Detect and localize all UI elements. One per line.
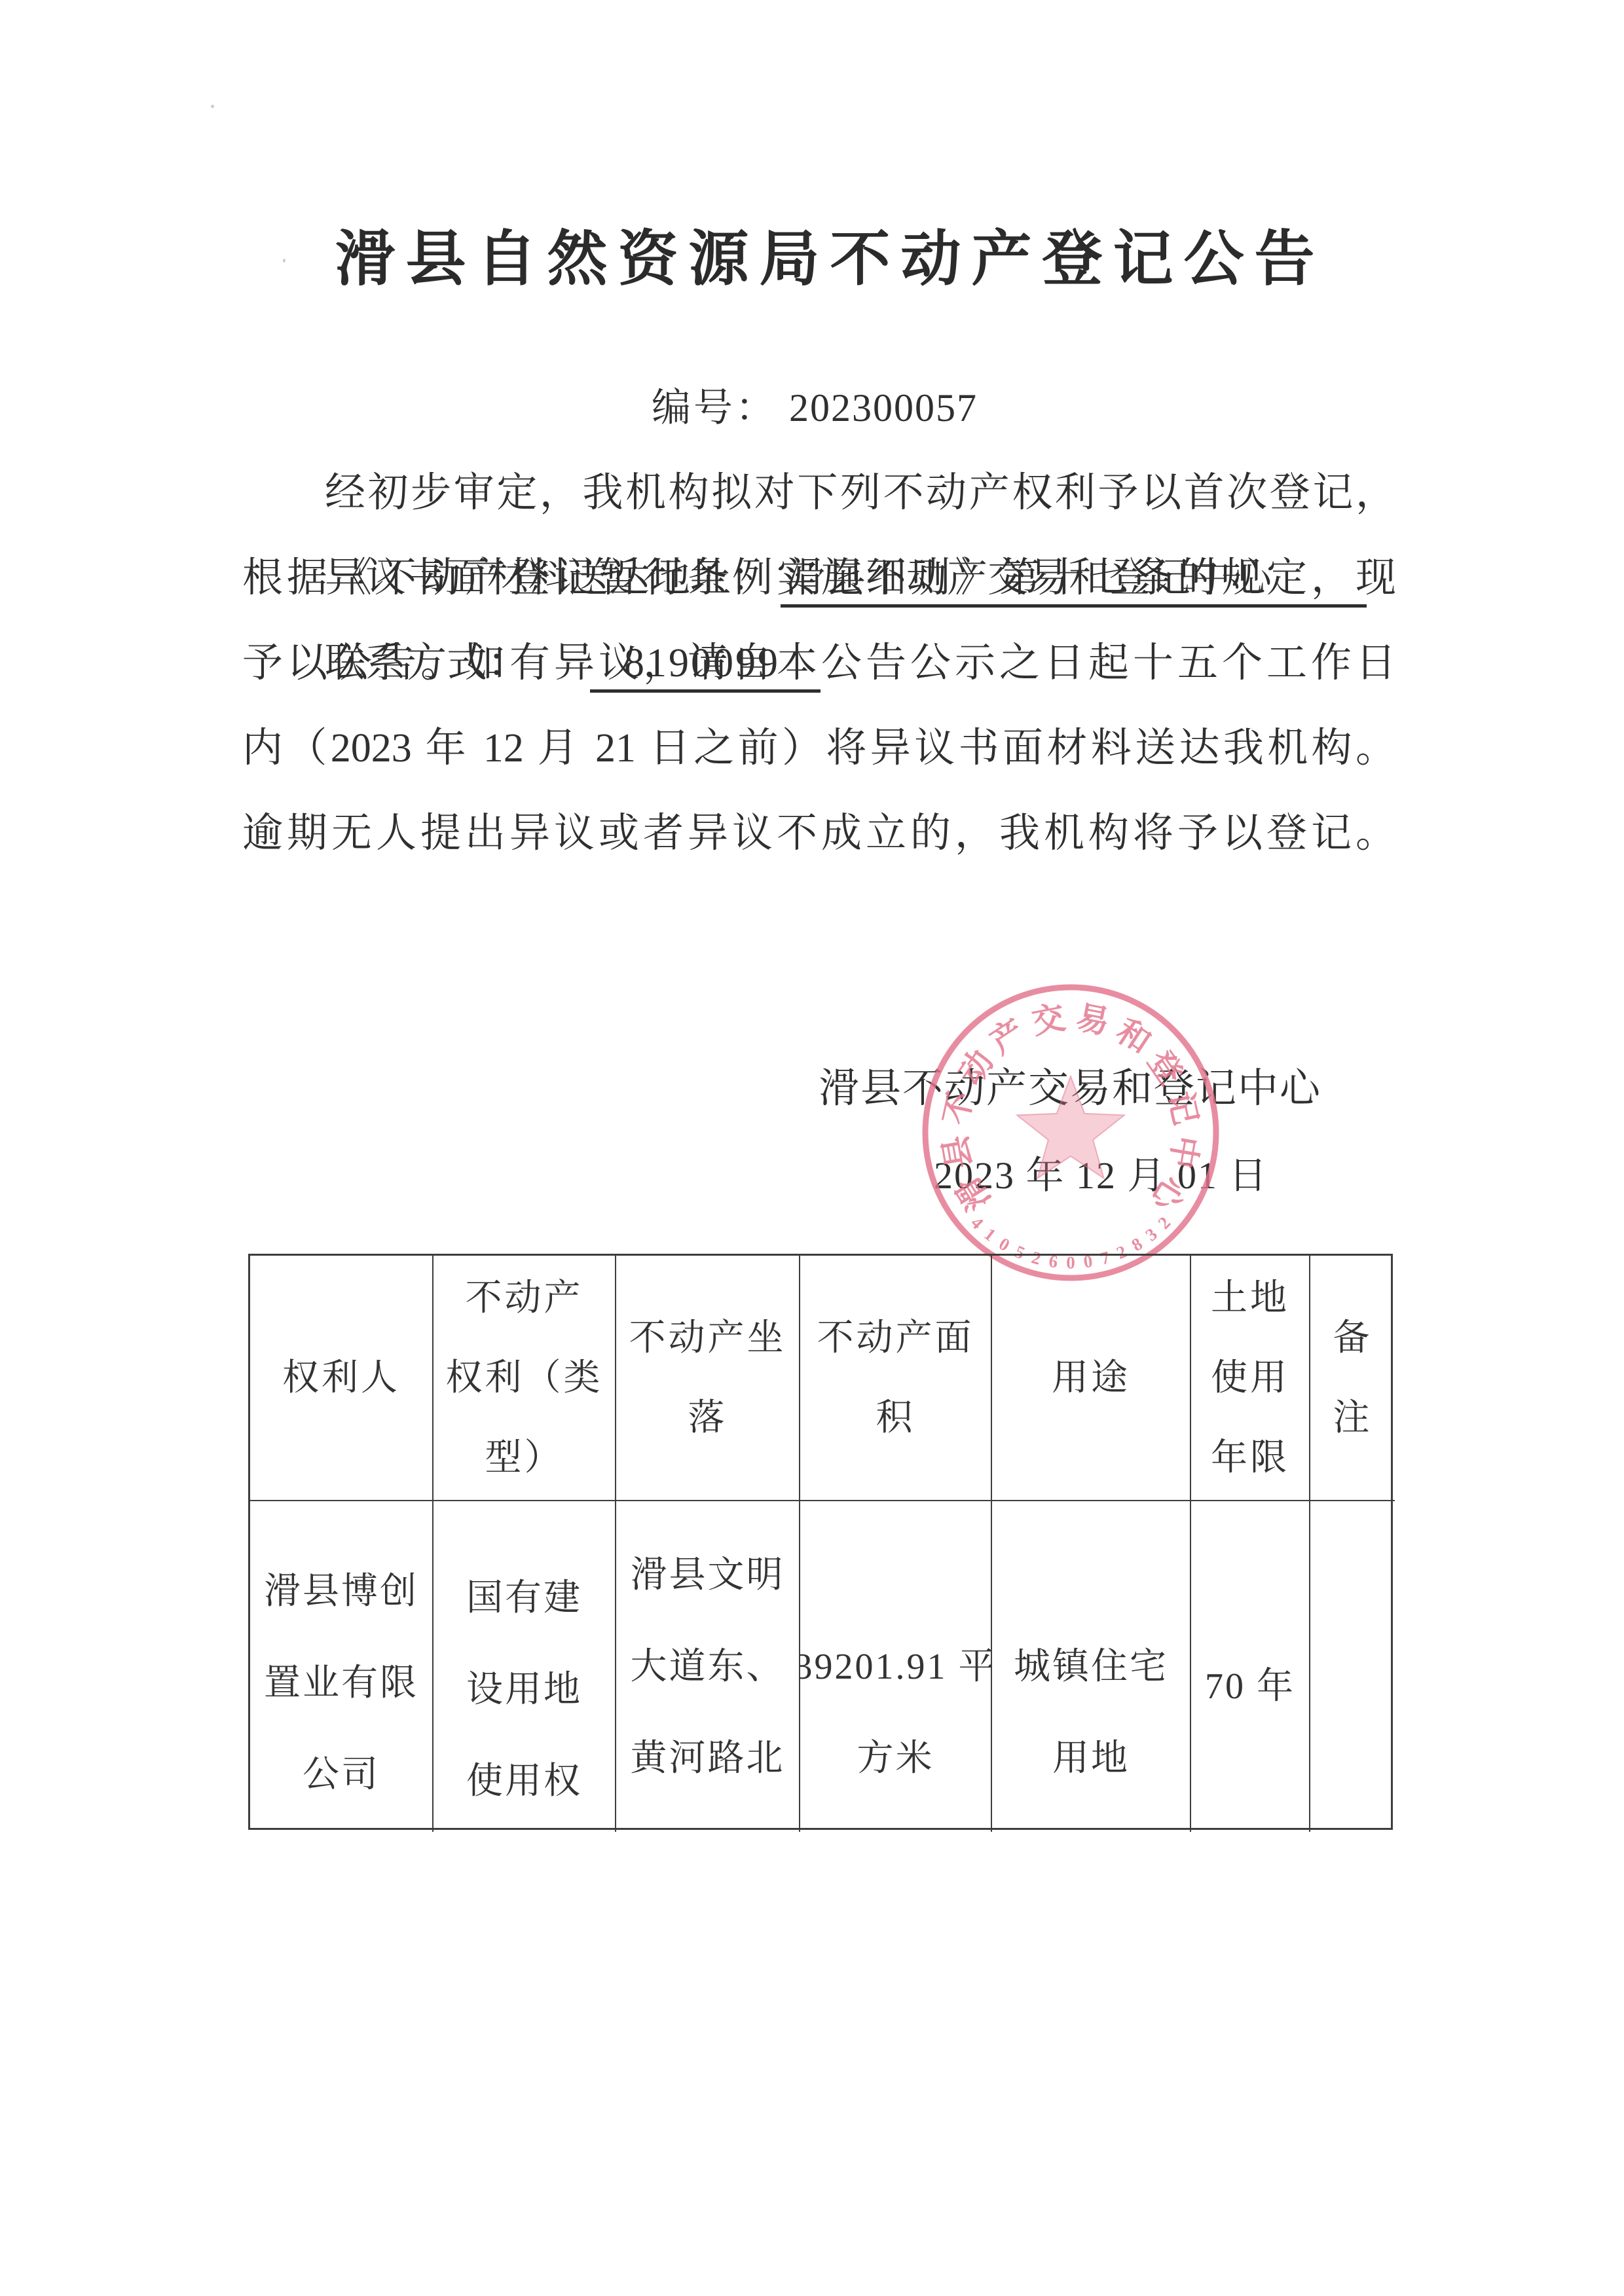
text-line: 备 <box>1333 1298 1373 1378</box>
header-cell-usage: 用途 <box>992 1256 1191 1501</box>
official-seal: 滑县不动产交易和登记中心 4105260072832 <box>913 975 1228 1290</box>
data-cell-land-use-term: 70 年 <box>1191 1501 1310 1832</box>
text-line: 逾期无人提出异议或者异议不成立的，我机构将予以登记。 <box>242 791 1396 876</box>
text-line: 国有建 <box>466 1552 582 1644</box>
text-line: 大道东、 <box>631 1621 785 1713</box>
data-cell-remarks <box>1310 1501 1395 1832</box>
document-page: 滑县自然资源局不动产登记公告 编号：202300057 经初步审定，我机构拟对下… <box>0 0 1624 2296</box>
header-cell-land-use-term: 土地使用年限 <box>1191 1256 1310 1501</box>
doc-number-label: 编号： <box>652 386 777 429</box>
contact-label: 联系方式： <box>325 641 528 685</box>
text-line: 设用地 <box>466 1644 582 1736</box>
text-line: 年限 <box>1211 1418 1289 1498</box>
seal-glyph: 动 <box>951 1044 1000 1091</box>
seal-glyph: 记 <box>1162 1088 1204 1128</box>
text-line: 滑县文明 <box>631 1529 785 1621</box>
header-cell-rights-holder: 权利人 <box>250 1256 434 1501</box>
text-line: 落 <box>688 1378 728 1458</box>
text-line: 不动产面 <box>817 1298 974 1378</box>
seal-glyph: 0 <box>995 1233 1013 1255</box>
body-paragraph: 经初步审定，我机构拟对下列不动产权利予以首次登记，根据《不动产登记暂行条例实施细… <box>242 450 1396 536</box>
text-line: 置业有限 <box>264 1637 418 1729</box>
text-line: 使用权 <box>466 1736 582 1827</box>
text-line: 型） <box>485 1418 564 1498</box>
seal-star <box>1017 1076 1124 1178</box>
seal-glyph: 1 <box>980 1224 999 1245</box>
seal-glyph: 交 <box>1029 999 1068 1042</box>
seal-glyph: 不 <box>937 1088 980 1128</box>
text-line: 不动产坐 <box>629 1298 786 1378</box>
text-line: 70 年 <box>1205 1641 1295 1732</box>
text-line: 权利人 <box>282 1338 400 1418</box>
seal-glyph: 中 <box>1163 1133 1205 1172</box>
seal-glyph: 心 <box>1143 1170 1192 1218</box>
seal-glyph: 易 <box>1073 999 1113 1042</box>
text-line: 使用 <box>1211 1338 1289 1418</box>
seal-glyph: 产 <box>984 1012 1031 1061</box>
contact-value: 8190099 <box>590 641 821 693</box>
header-cell-location: 不动产坐落 <box>616 1256 800 1501</box>
text-line: 黄河路北 <box>631 1713 785 1804</box>
text-line: 滑县博创 <box>264 1546 418 1637</box>
seal-glyph: 4 <box>967 1213 987 1233</box>
address-line: 异议书面材料送达地址：滑县不动产交易和登记中心 <box>242 536 1396 621</box>
header-cell-remarks: 备注 <box>1310 1256 1395 1501</box>
seal-glyph: 2 <box>1154 1213 1174 1233</box>
seal-glyph: 县 <box>936 1133 978 1172</box>
seal-glyph: 滑 <box>949 1169 998 1217</box>
seal-glyph: 3 <box>1141 1224 1160 1245</box>
seal-glyph: 8 <box>1128 1233 1146 1255</box>
scan-speck <box>211 105 214 108</box>
data-cell-location: 滑县文明大道东、黄河路北 <box>616 1501 800 1832</box>
doc-number-value: 202300057 <box>789 386 978 429</box>
text-line: 方米 <box>857 1713 934 1804</box>
text-line: 权利（类 <box>446 1338 603 1418</box>
data-cell-right-type: 国有建设用地使用权 <box>434 1501 616 1832</box>
header-cell-right-type: 不动产权利（类型） <box>434 1256 616 1501</box>
address-label: 异议书面材料送达地址： <box>325 556 771 600</box>
seal-glyph: 和 <box>1110 1012 1158 1061</box>
text-line: 用地 <box>1052 1713 1130 1804</box>
text-line: 不动产 <box>466 1258 583 1338</box>
seal-glyph: 登 <box>1141 1044 1189 1091</box>
text-line: 公司 <box>303 1729 380 1821</box>
text-line: 积 <box>876 1378 915 1458</box>
address-value: 滑县不动产交易和登记中心 <box>781 556 1367 608</box>
doc-number: 编号：202300057 <box>652 376 978 433</box>
text-line: 城镇住宅 <box>1014 1621 1168 1713</box>
text-line: 内（2023 年 12 月 21 日之前）将异议书面材料送达我机构。 <box>242 706 1396 791</box>
text-line: 土地 <box>1211 1258 1289 1338</box>
text-line: 注 <box>1333 1378 1373 1458</box>
text-line: 经初步审定，我机构拟对下列不动产权利予以首次登记， <box>242 450 1396 536</box>
page-title: 滑县自然资源局不动产登记公告 <box>0 211 1624 297</box>
scan-speck <box>283 259 286 263</box>
property-table: 权利人 不动产权利（类型） 不动产坐落 不动产面积 用途 土地使用年限 备注 滑… <box>248 1254 1393 1830</box>
text-line: 用途 <box>1052 1338 1130 1418</box>
data-cell-usage: 城镇住宅用地 <box>992 1501 1191 1832</box>
header-cell-area: 不动产面积 <box>800 1256 992 1501</box>
data-cell-area: 39201.91 平方米 <box>800 1501 992 1832</box>
data-cell-rights-holder: 滑县博创置业有限公司 <box>250 1501 434 1832</box>
body-text-block: 经初步审定，我机构拟对下列不动产权利予以首次登记，根据《不动产登记暂行条例实施细… <box>242 450 1396 706</box>
text-line: 39201.91 平 <box>800 1621 992 1713</box>
